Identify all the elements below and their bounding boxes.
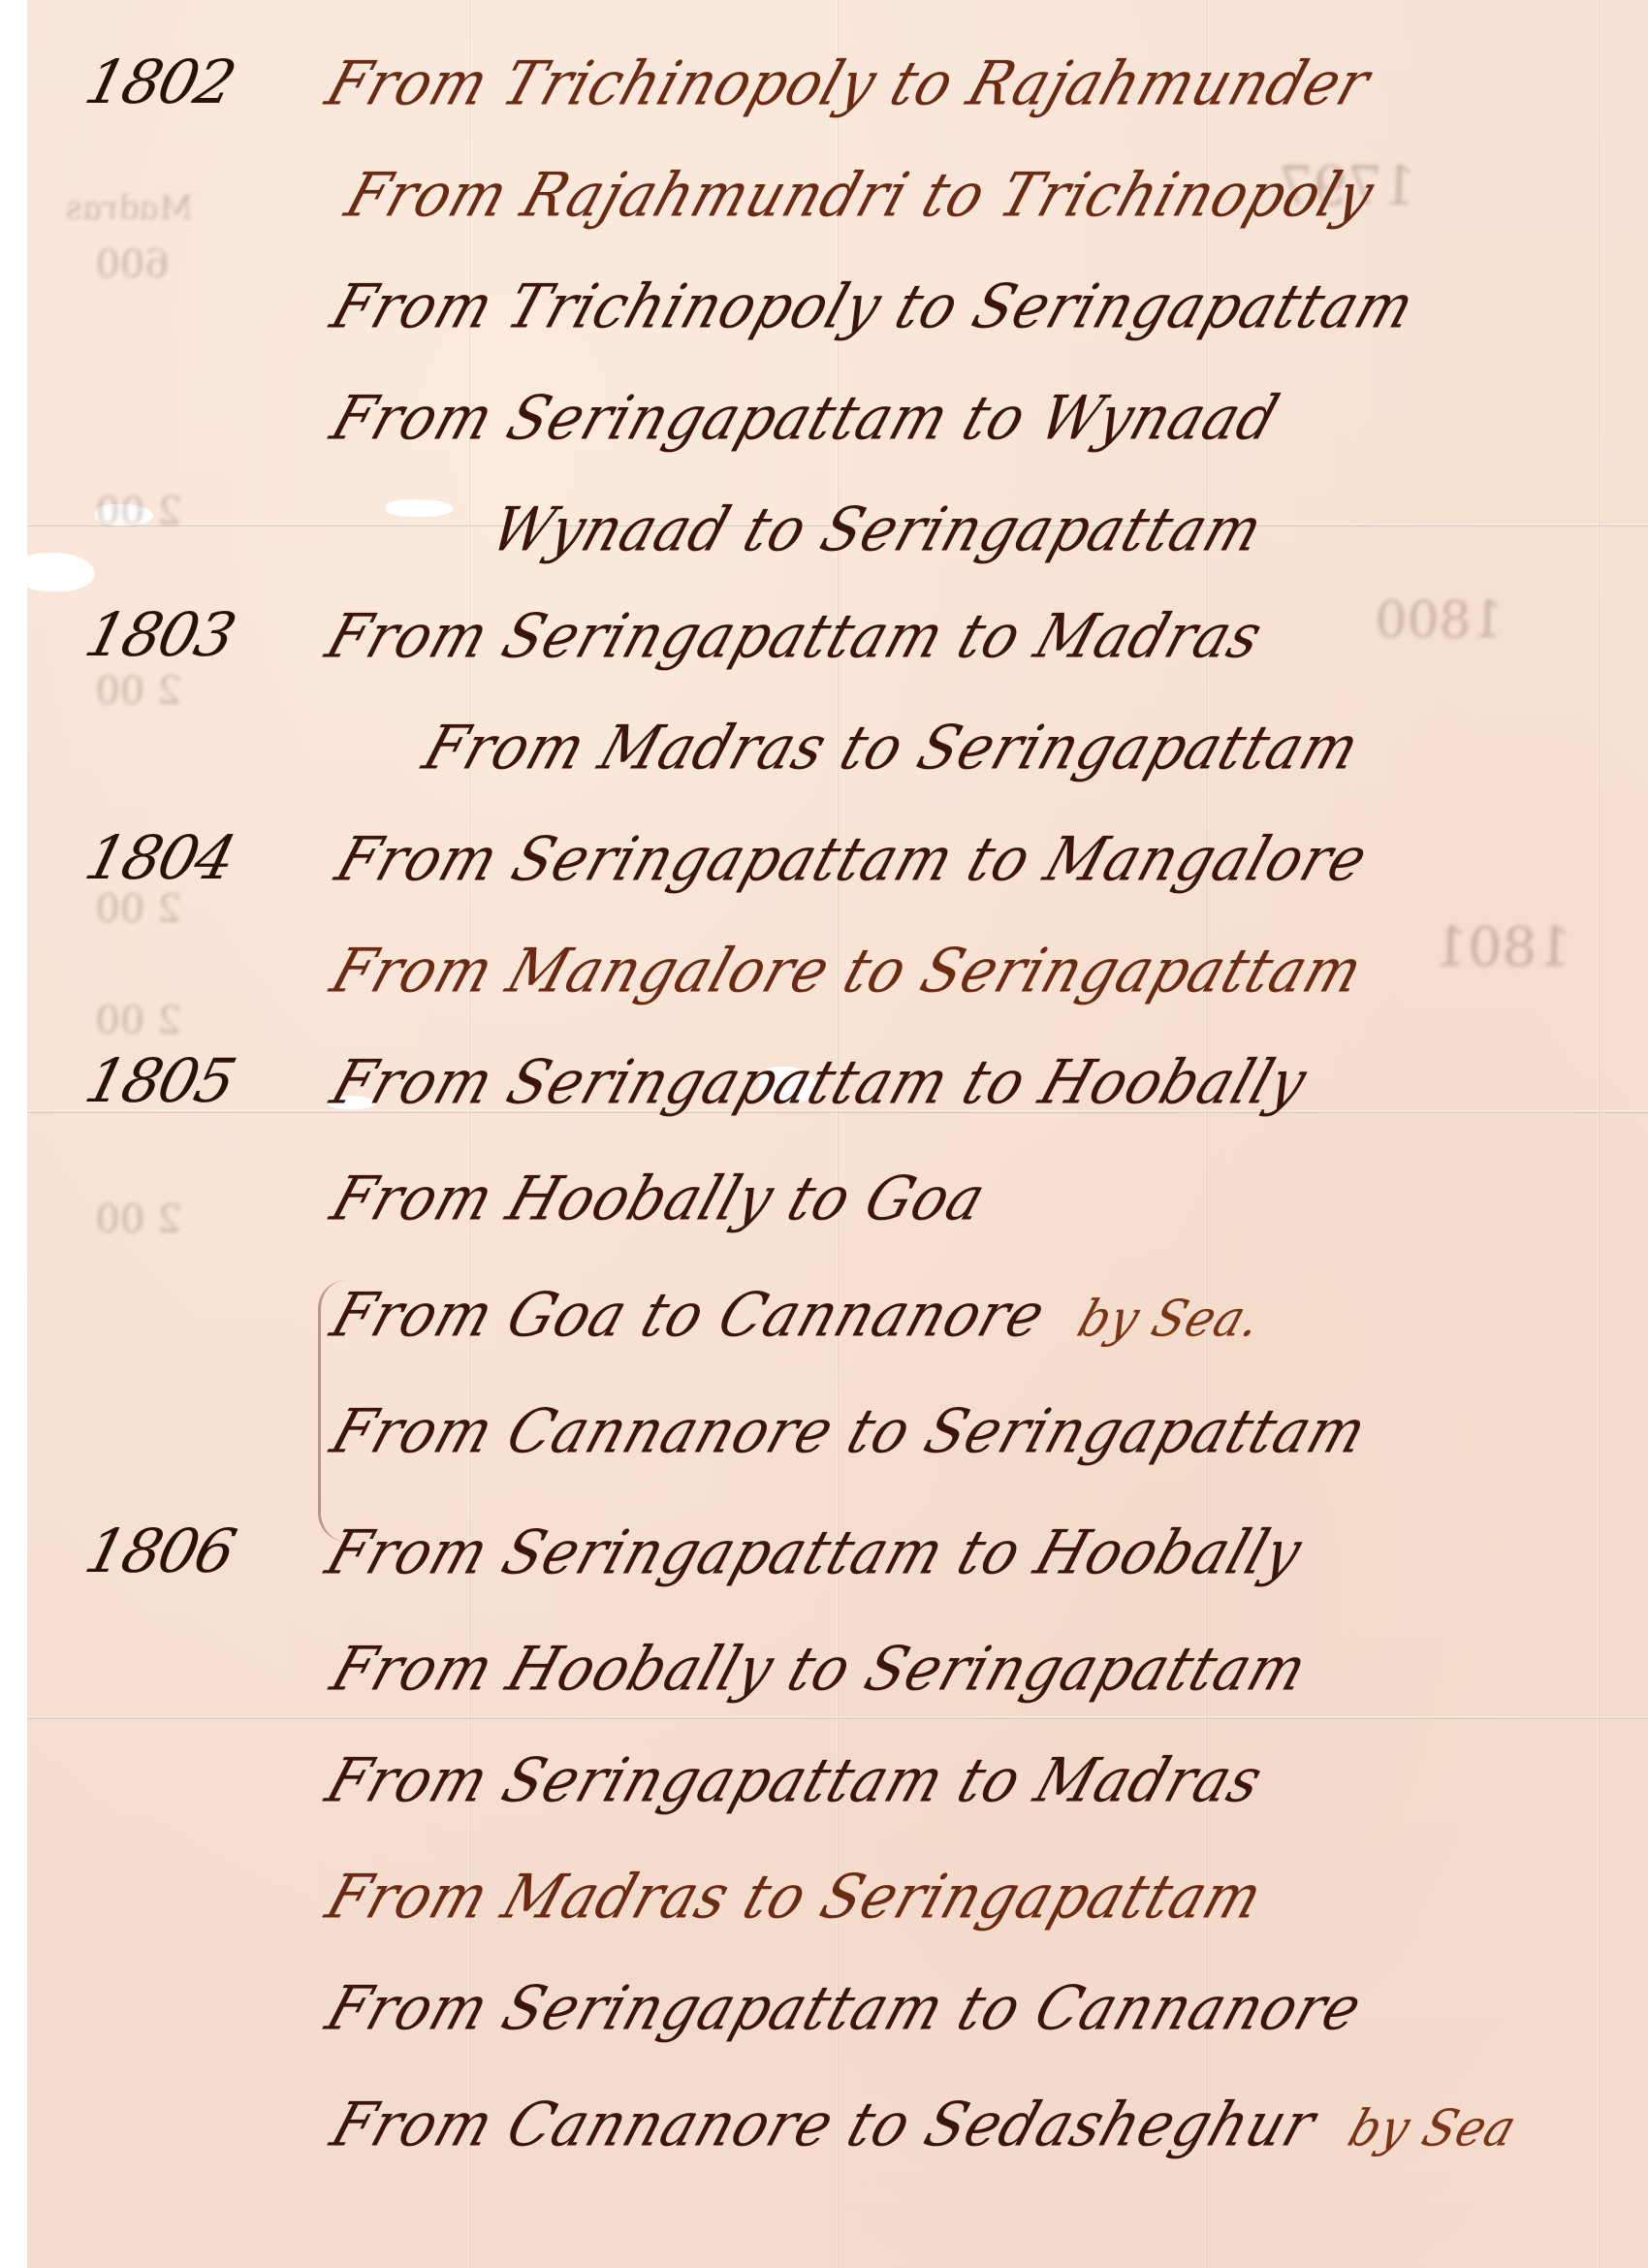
route-text: From Seringapattam to Madras bbox=[318, 600, 1272, 671]
travel-entry: 1805From Seringapattam to Hoobally bbox=[27, 1028, 1648, 1134]
entry-route: From Seringapattam to Madras bbox=[318, 1744, 1272, 1815]
entry-route: From Seringapattam to Madras bbox=[318, 600, 1272, 671]
travel-entry: From Trichinopoly to Seringapattam bbox=[27, 252, 1648, 359]
route-text: From Trichinopoly to Seringapattam bbox=[323, 271, 1424, 341]
route-text: From Trichinopoly to Rajahmunder bbox=[318, 48, 1379, 118]
entry-route: From Rajahmundri to Trichinopoly bbox=[337, 159, 1383, 230]
entry-year: 1804 bbox=[79, 822, 241, 893]
manuscript-page: Madras6002 002 002 002 002 0018011800179… bbox=[27, 0, 1648, 2268]
route-text: From Seringapattam to Cannanore bbox=[318, 1972, 1371, 2043]
route-text: Wynaad to Seringapattam bbox=[483, 494, 1272, 564]
route-text: From Seringapattam to Mangalore bbox=[328, 823, 1377, 894]
entry-year: 1805 bbox=[79, 1045, 241, 1116]
travel-entry: 1803From Seringapattam to Madras bbox=[27, 582, 1648, 688]
travel-entry: From Mangalore to Seringapattam bbox=[27, 916, 1648, 1023]
travel-entry: From Cannanore to Seringapattam bbox=[27, 1377, 1648, 1484]
entry-route: From Cannanore to Seringapattam bbox=[323, 1395, 1376, 1466]
entry-route: From Cannanore to Sedasheghurby Sea bbox=[323, 2089, 1528, 2159]
entry-route: From Trichinopoly to Seringapattam bbox=[323, 271, 1424, 341]
route-text: From Rajahmundri to Trichinopoly bbox=[337, 159, 1383, 230]
travel-entry: Wynaad to Seringapattam bbox=[27, 475, 1648, 582]
entry-route: From Trichinopoly to Rajahmunder bbox=[318, 48, 1379, 118]
travel-entry: From Seringapattam to Wynaad bbox=[27, 364, 1648, 470]
route-note: by Sea bbox=[1342, 2099, 1525, 2157]
entry-route: From Seringapattam to Mangalore bbox=[328, 823, 1377, 894]
entry-route: From Madras to Seringapattam bbox=[415, 712, 1369, 783]
entry-route: From Hoobally to Goa bbox=[323, 1163, 995, 1233]
entry-route: From Seringapattam to Hoobally bbox=[318, 1517, 1312, 1587]
travel-entry: From Madras to Seringapattam bbox=[27, 693, 1648, 800]
travel-entry: From Cannanore to Sedasheghurby Sea bbox=[27, 2070, 1648, 2177]
travel-entry: From Seringapattam to Cannanore bbox=[27, 1954, 1648, 2060]
route-text: From Cannanore to Seringapattam bbox=[323, 1395, 1376, 1466]
entry-route: From Mangalore to Seringapattam bbox=[323, 935, 1372, 1006]
travel-entry: 1806From Seringapattam to Hoobally bbox=[27, 1498, 1648, 1605]
route-text: From Goa to Cannanore bbox=[323, 1279, 1055, 1350]
entry-year: 1803 bbox=[79, 599, 241, 670]
route-text: From Seringapattam to Hoobally bbox=[323, 1046, 1316, 1117]
travel-entry: From Seringapattam to Madras bbox=[27, 1726, 1648, 1833]
entry-route: From Goa to Cannanoreby Sea. bbox=[323, 1279, 1273, 1350]
route-note: by Sea. bbox=[1071, 1290, 1270, 1348]
entry-route: From Seringapattam to Wynaad bbox=[323, 382, 1287, 453]
travel-entry: 1802From Trichinopoly to Rajahmunder bbox=[27, 29, 1648, 136]
route-text: From Mangalore to Seringapattam bbox=[323, 935, 1372, 1006]
travel-entry: From Goa to Cannanoreby Sea. bbox=[27, 1261, 1648, 1367]
entry-route: From Madras to Seringapattam bbox=[318, 1861, 1272, 1932]
entry-route: From Seringapattam to Hoobally bbox=[323, 1046, 1316, 1117]
travel-entry: From Hoobally to Goa bbox=[27, 1144, 1648, 1251]
route-text: From Seringapattam to Hoobally bbox=[318, 1517, 1312, 1587]
route-text: From Madras to Seringapattam bbox=[415, 712, 1369, 783]
route-text: From Seringapattam to Madras bbox=[318, 1744, 1272, 1815]
route-text: From Madras to Seringapattam bbox=[318, 1861, 1272, 1932]
entry-year: 1802 bbox=[79, 47, 241, 117]
travel-entry: From Hoobally to Seringapattam bbox=[27, 1614, 1648, 1721]
entry-route: Wynaad to Seringapattam bbox=[483, 494, 1272, 564]
route-text: From Hoobally to Goa bbox=[323, 1163, 995, 1233]
entry-route: From Seringapattam to Cannanore bbox=[318, 1972, 1371, 2043]
travel-entry: From Rajahmundri to Trichinopoly bbox=[27, 141, 1648, 247]
route-text: From Cannanore to Sedasheghur bbox=[323, 2089, 1325, 2159]
travel-entry: 1804From Seringapattam to Mangalore bbox=[27, 805, 1648, 911]
route-text: From Seringapattam to Wynaad bbox=[323, 382, 1287, 453]
travel-entry: From Madras to Seringapattam bbox=[27, 1842, 1648, 1949]
entry-year: 1806 bbox=[79, 1516, 241, 1586]
entry-route: From Hoobally to Seringapattam bbox=[323, 1633, 1316, 1704]
route-text: From Hoobally to Seringapattam bbox=[323, 1633, 1316, 1704]
